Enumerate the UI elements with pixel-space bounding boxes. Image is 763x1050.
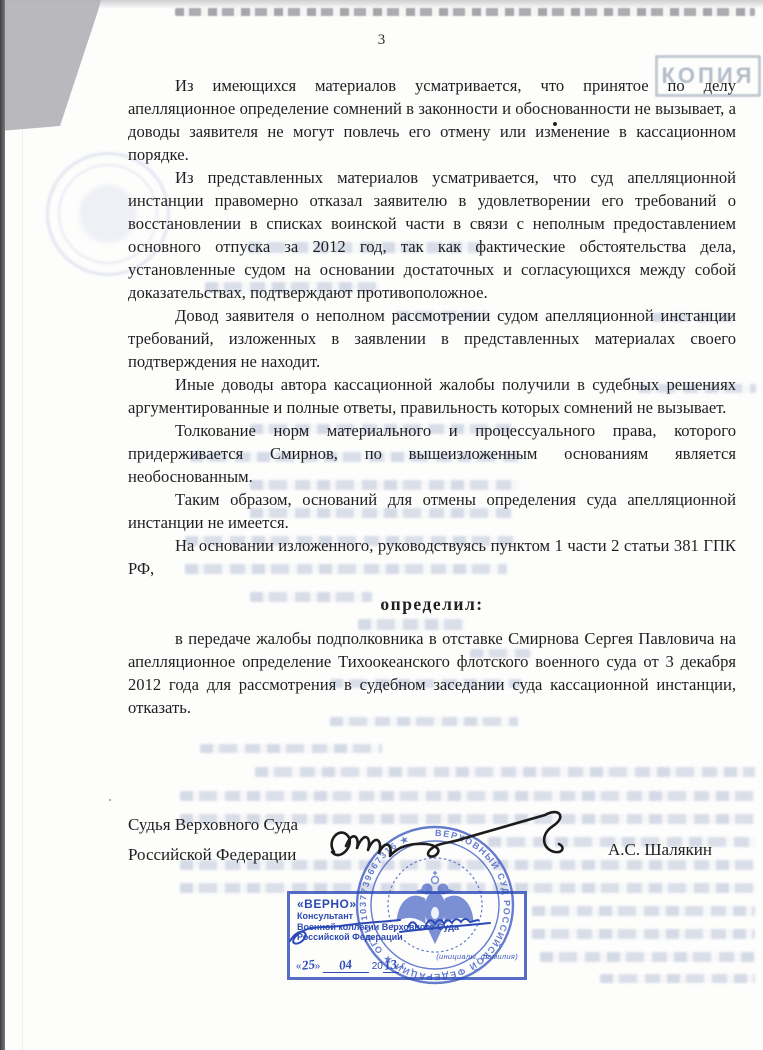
ruling-heading: определил:: [128, 593, 736, 616]
paragraph: Иные доводы автора кассационной жалобы п…: [128, 373, 736, 419]
paragraph: Толкование норм материального и процессу…: [128, 419, 736, 488]
paragraph: Из представленных материалов усматривает…: [128, 166, 736, 304]
paragraph: Таким образом, оснований для отмены опре…: [128, 488, 736, 534]
paragraph: Довод заявителя о неполном рассмотрении …: [128, 304, 736, 373]
scanner-background-wedge: [0, 0, 140, 140]
scanned-court-document-page: КОПИЯ 3 Из имеющихся материалов усматрив…: [0, 0, 763, 1050]
page-edge-shadow: [22, 128, 23, 1050]
paragraph: в передаче жалобы подполковника в отстав…: [128, 627, 736, 719]
scan-top-shadow: [0, 0, 763, 9]
judge-title-line1: Судья Верховного Суда: [128, 810, 298, 840]
scan-speck: [553, 122, 557, 126]
ghost-text-line: [540, 952, 755, 962]
consultant-signature: [280, 905, 530, 950]
judge-name: А.С. Шалякин: [608, 840, 712, 860]
date-year-handwritten: 13: [384, 958, 398, 971]
ghost-text-line: [255, 767, 755, 777]
scan-speck: [109, 799, 111, 801]
ghost-text-line: [532, 929, 755, 939]
stamp-signature-hint: (инициалы, фамилия): [436, 952, 518, 961]
document-body: Из имеющихся материалов усматривается, ч…: [128, 74, 736, 719]
scan-left-edge: [0, 0, 5, 1050]
ghost-text-line: [200, 744, 382, 753]
date-century-printed: 20: [372, 961, 383, 972]
paragraph: На основании изложенного, руководствуясь…: [128, 534, 736, 580]
paragraph: Из имеющихся материалов усматривается, ч…: [128, 74, 736, 166]
date-day-handwritten: 25: [301, 956, 316, 973]
ghost-text-line: [532, 906, 755, 916]
stamp-date: «25» 04 2013 г.: [296, 957, 407, 973]
date-month-handwritten: 04: [339, 958, 353, 971]
judge-title: Судья Верховного Суда Российской Федерац…: [128, 810, 298, 870]
ghost-text-line: [600, 974, 755, 983]
judge-signature: [312, 790, 577, 885]
date-suffix: г.: [402, 961, 407, 972]
page-number: 3: [0, 32, 763, 49]
ghost-text-line: [175, 8, 755, 16]
judge-title-line2: Российской Федерации: [128, 840, 298, 870]
